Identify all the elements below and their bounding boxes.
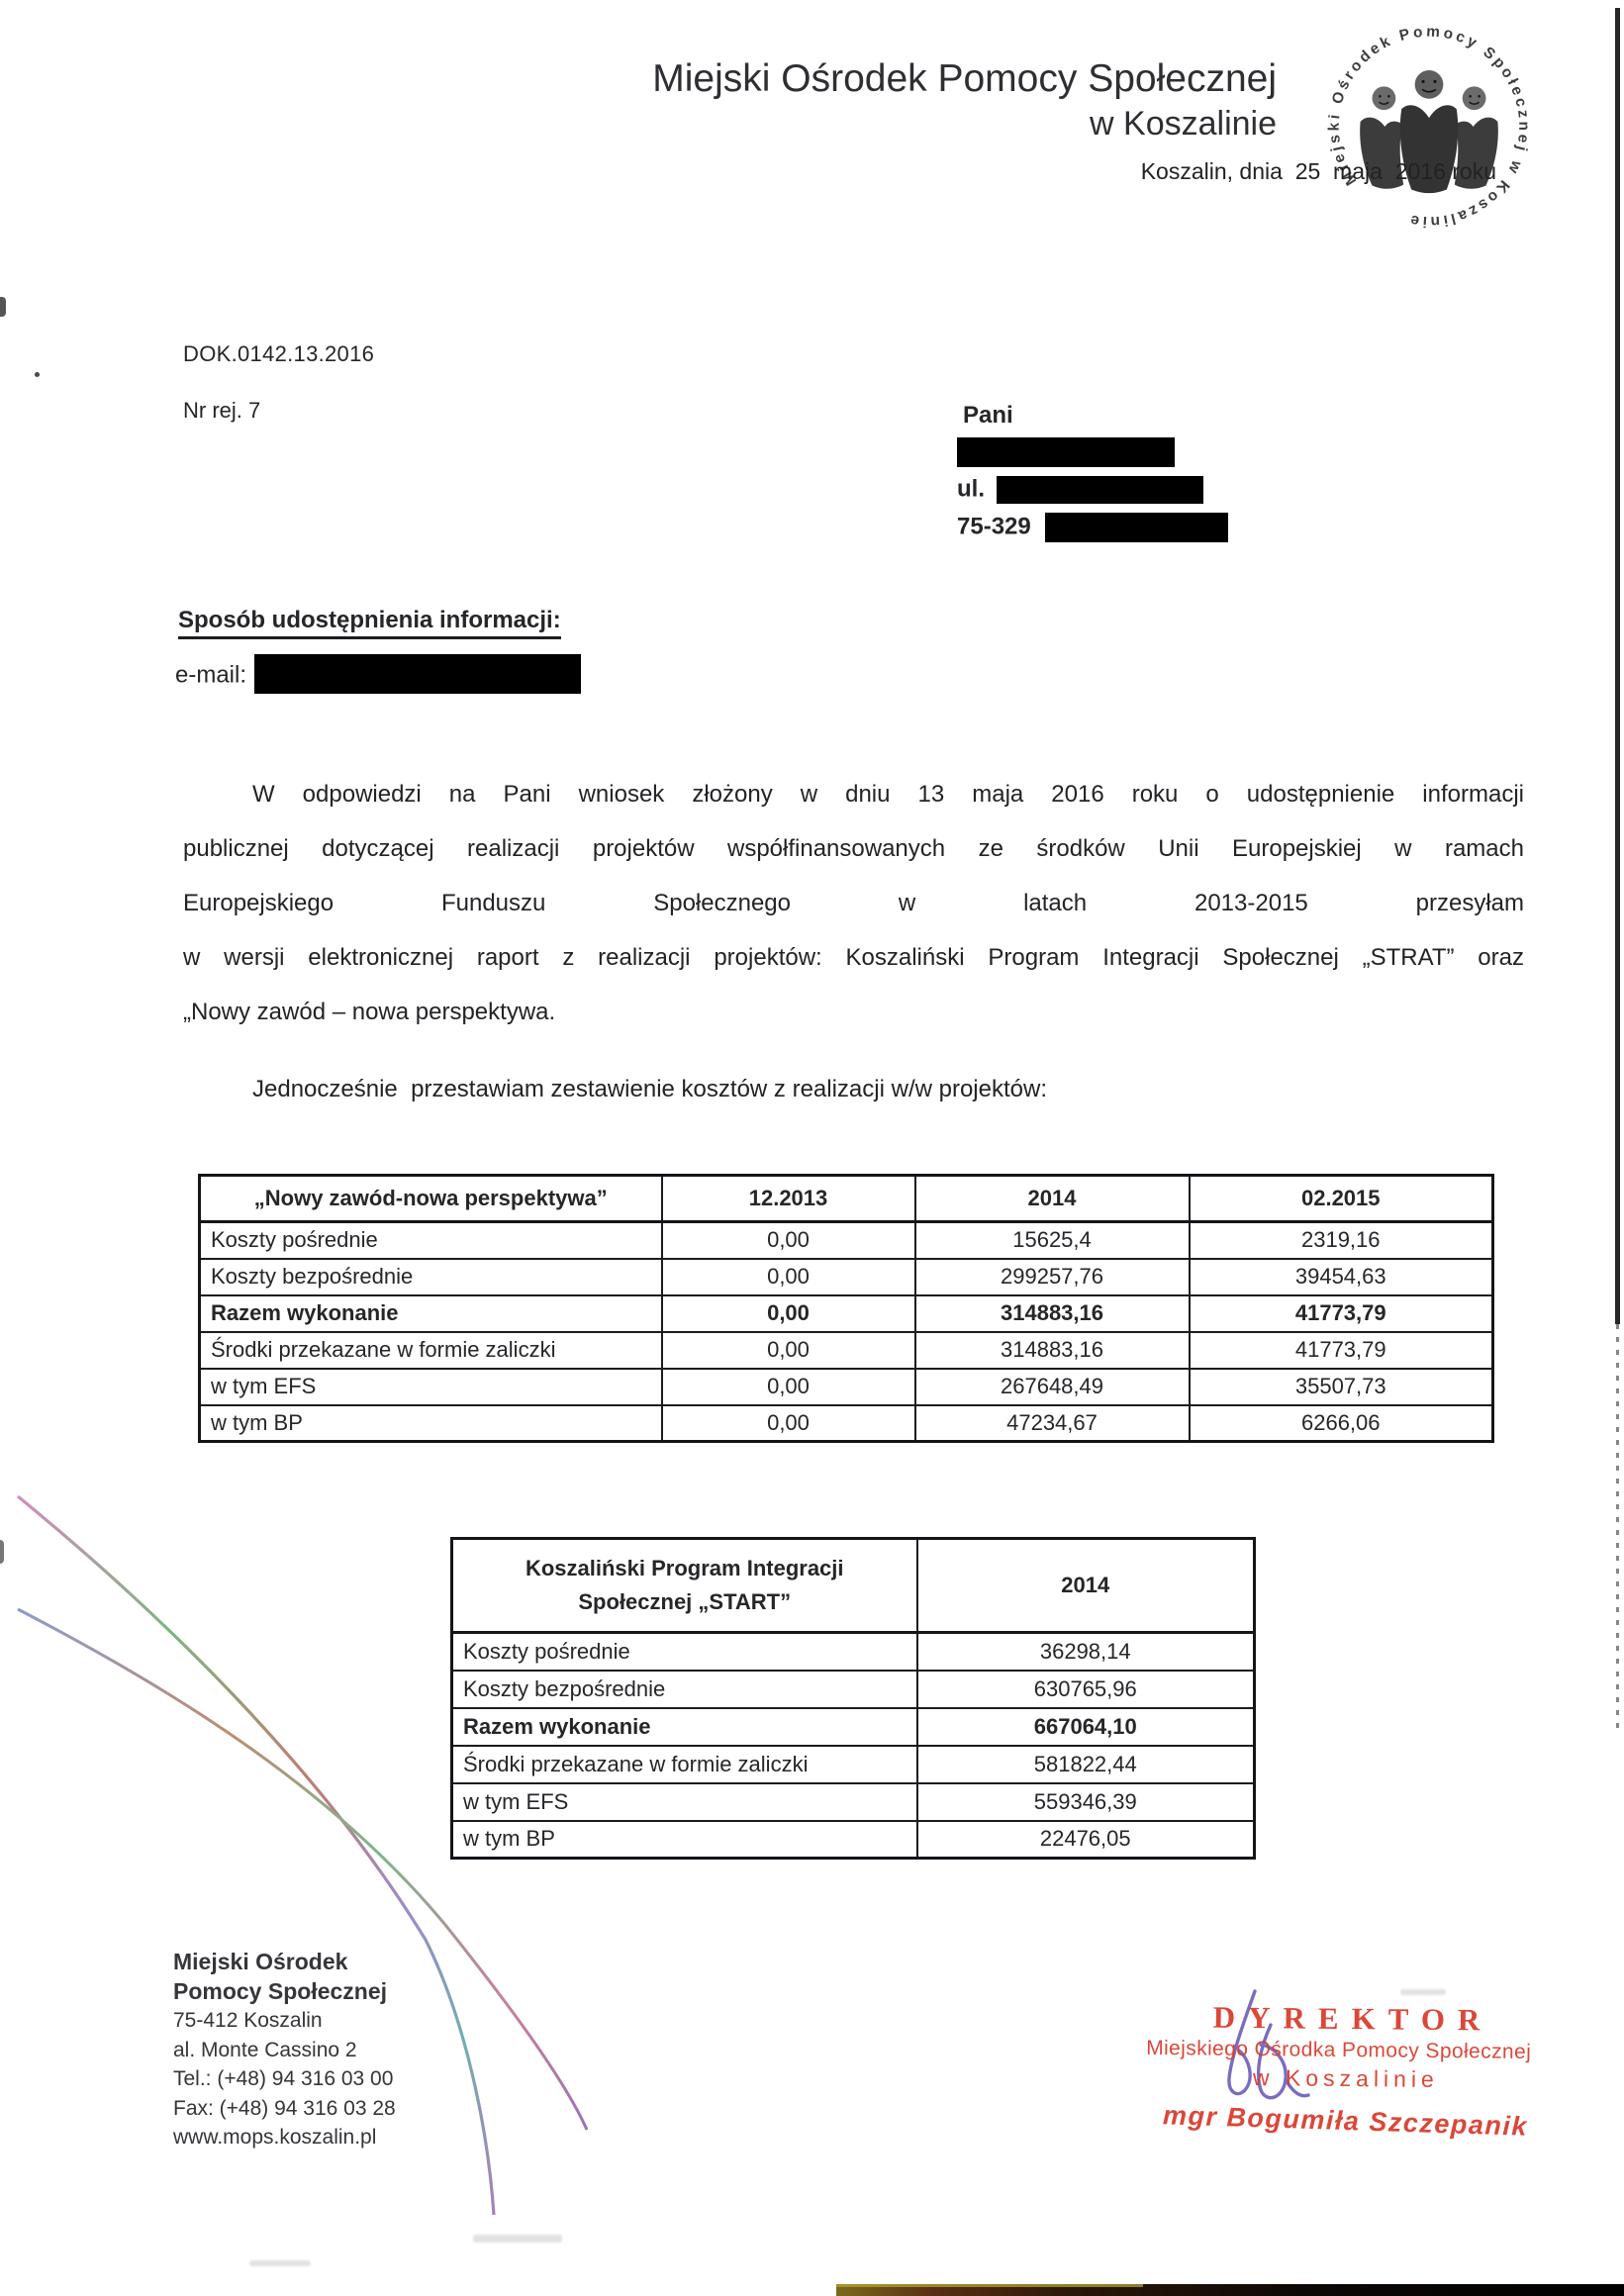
recipient-city-row: 75-329: [957, 513, 1228, 542]
cell-value: 41773,79: [1190, 1332, 1493, 1369]
stamp-org-line: Miejskiego Ośrodka Pomocy Społecznej: [1138, 2037, 1539, 2064]
street-prefix: ul.: [957, 475, 985, 502]
column-header: Koszaliński Program Integracji Społeczne…: [452, 1539, 917, 1633]
stamp-title: DYREKTOR: [1153, 1999, 1539, 2039]
redaction-bar-street: [997, 476, 1203, 504]
footer-postal: 75-412 Koszalin: [173, 2006, 396, 2036]
cell-value: 314883,16: [915, 1332, 1190, 1369]
cell-value: 559346,39: [917, 1783, 1255, 1821]
table-row: w tym BP 22476,05: [452, 1821, 1255, 1859]
postal-code: 75-329: [957, 513, 1031, 539]
scan-artifact: [473, 2235, 562, 2243]
row-label: Razem wykonanie: [200, 1295, 662, 1332]
org-logo: Miejski Ośrodek Pomocy Społecznej w Kosz…: [1316, 14, 1542, 239]
recipient-street-row: ul.: [957, 476, 1228, 504]
footer-contact-block: Miejski Ośrodek Pomocy Społecznej 75-412…: [173, 1948, 396, 2152]
row-label: Koszty pośrednie: [200, 1222, 662, 1259]
paragraph1-line: publicznej dotyczącej realizacji projekt…: [183, 821, 1524, 876]
scan-artifact: [1400, 1989, 1446, 1995]
cell-value: 0,00: [662, 1222, 915, 1259]
column-header: 02.2015: [1190, 1176, 1493, 1222]
paragraph1-line: W odpowiedzi na Pani wniosek złożony w d…: [183, 767, 1524, 821]
footer-org-line: Pomocy Społecznej: [173, 1977, 396, 2007]
row-label: w tym BP: [452, 1821, 917, 1859]
scanned-letter-page: Miejski Ośrodek Pomocy Społecznej w Kosz…: [0, 0, 1624, 2296]
table-header-row: „Nowy zawód-nowa perspektywa” 12.2013 20…: [200, 1176, 1493, 1222]
paragraph1-line: Europejskiego Funduszu Społecznego w lat…: [183, 876, 1524, 930]
table-header-row: Koszaliński Program Integracji Społeczne…: [452, 1539, 1255, 1633]
footer-org-line: Miejski Ośrodek: [173, 1948, 396, 1977]
org-name-line1: Miejski Ośrodek Pomocy Społecznej: [0, 57, 1277, 102]
cell-value: 2319,16: [1190, 1222, 1493, 1259]
org-name-line2: w Koszalinie: [0, 105, 1277, 143]
cell-value: 630765,96: [917, 1671, 1255, 1708]
date-line: Koszalin, dnia 25 maja 2016 roku: [0, 158, 1496, 185]
director-stamp: DYREKTOR Miejskiego Ośrodka Pomocy Społe…: [1152, 1999, 1539, 2139]
recipient-salutation: Pani: [963, 402, 1228, 430]
costs-table-nowy-zawod: „Nowy zawód-nowa perspektywa” 12.2013 20…: [198, 1174, 1494, 1443]
scan-artifact: [35, 372, 40, 377]
stamp-signer-name: mgr Bogumiła Szczepanik: [1152, 2100, 1539, 2143]
paragraph1-line: „Nowy zawód – nowa perspektywa.: [183, 985, 1524, 1039]
cell-value: 0,00: [662, 1295, 915, 1332]
cell-value: 667064,10: [917, 1708, 1255, 1746]
column-header: „Nowy zawód-nowa perspektywa”: [200, 1176, 662, 1222]
row-label: Środki przekazane w formie zaliczki: [200, 1332, 662, 1369]
cell-value: 15625,4: [915, 1222, 1190, 1259]
table-row: w tym EFS 0,00 267648,49 35507,73: [200, 1369, 1493, 1405]
cell-value: 314883,16: [915, 1295, 1190, 1332]
row-label: Koszty bezpośrednie: [452, 1671, 917, 1708]
cell-value: 0,00: [662, 1369, 915, 1405]
row-label: Środki przekazane w formie zaliczki: [452, 1746, 917, 1783]
scan-artifact: [249, 2260, 311, 2266]
recipient-block: Pani ul. 75-329: [957, 402, 1228, 542]
table-row: Koszty bezpośrednie 630765,96: [452, 1671, 1255, 1708]
cell-value: 581822,44: [917, 1746, 1255, 1783]
row-label: w tym BP: [200, 1405, 662, 1442]
stamp-city-line: w Koszalinie: [1153, 2063, 1539, 2094]
footer-fax: Fax: (+48) 94 316 03 28: [173, 2094, 396, 2124]
cell-value: 36298,14: [917, 1633, 1255, 1671]
table-row: w tym BP 0,00 47234,67 6266,06: [200, 1405, 1493, 1442]
row-label: Razem wykonanie: [452, 1708, 917, 1746]
delivery-method-heading: Sposób udostępnienia informacji:: [178, 607, 561, 634]
cell-value: 299257,76: [915, 1259, 1190, 1295]
footer-website: www.mops.koszalin.pl: [173, 2123, 396, 2152]
table-row-total: Razem wykonanie 667064,10: [452, 1708, 1255, 1746]
document-number: DOK.0142.13.2016: [183, 341, 374, 367]
cell-value: 0,00: [662, 1405, 915, 1442]
table-row: Koszty pośrednie 36298,14: [452, 1633, 1255, 1671]
row-label: Koszty pośrednie: [452, 1633, 917, 1671]
cell-value: 0,00: [662, 1259, 915, 1295]
email-label: e-mail:: [175, 661, 246, 688]
letter-body: W odpowiedzi na Pani wniosek złożony w d…: [183, 767, 1524, 1116]
cell-value: 35507,73: [1190, 1369, 1493, 1405]
cell-value: 47234,67: [915, 1405, 1190, 1442]
column-header: 12.2013: [662, 1176, 915, 1222]
redaction-bar-name: [957, 437, 1175, 467]
column-header: 2014: [915, 1176, 1190, 1222]
row-label: w tym EFS: [452, 1783, 917, 1821]
table-row: Środki przekazane w formie zaliczki 5818…: [452, 1746, 1255, 1783]
row-label: Koszty bezpośrednie: [200, 1259, 662, 1295]
costs-table-program-start: Koszaliński Program Integracji Społeczne…: [450, 1537, 1256, 1860]
scan-bottom-glint: [836, 2284, 1143, 2287]
cell-value: 22476,05: [917, 1821, 1255, 1859]
redaction-bar-email: [254, 654, 581, 694]
redaction-bar-city: [1045, 513, 1228, 542]
registry-number: Nr rej. 7: [183, 398, 260, 424]
email-line: e-mail:: [175, 656, 581, 696]
table-row: Środki przekazane w formie zaliczki 0,00…: [200, 1332, 1493, 1369]
paragraph1-line: w wersji elektronicznej raport z realiza…: [183, 930, 1524, 985]
scan-edge-line: [1615, 8, 1620, 1324]
row-label: w tym EFS: [200, 1369, 662, 1405]
table-row-total: Razem wykonanie 0,00 314883,16 41773,79: [200, 1295, 1493, 1332]
org-header: Miejski Ośrodek Pomocy Społecznej w Kosz…: [0, 57, 1277, 143]
table-row: Koszty bezpośrednie 0,00 299257,76 39454…: [200, 1259, 1493, 1295]
footer-phone: Tel.: (+48) 94 316 03 00: [173, 2064, 396, 2094]
cell-value: 0,00: [662, 1332, 915, 1369]
cell-value: 6266,06: [1190, 1405, 1493, 1442]
cell-value: 39454,63: [1190, 1259, 1493, 1295]
table-row: Koszty pośrednie 0,00 15625,4 2319,16: [200, 1222, 1493, 1259]
paragraph2: Jednocześnie przestawiam zestawienie kos…: [183, 1062, 1524, 1116]
cell-value: 41773,79: [1190, 1295, 1493, 1332]
scan-artifact: [0, 297, 6, 317]
footer-street: al. Monte Cassino 2: [173, 2036, 396, 2065]
table-row: w tym EFS 559346,39: [452, 1783, 1255, 1821]
cell-value: 267648,49: [915, 1369, 1190, 1405]
scan-edge-line-faint: [1616, 1324, 1619, 1730]
scan-artifact: [0, 1540, 4, 1564]
column-header: 2014: [917, 1539, 1255, 1633]
